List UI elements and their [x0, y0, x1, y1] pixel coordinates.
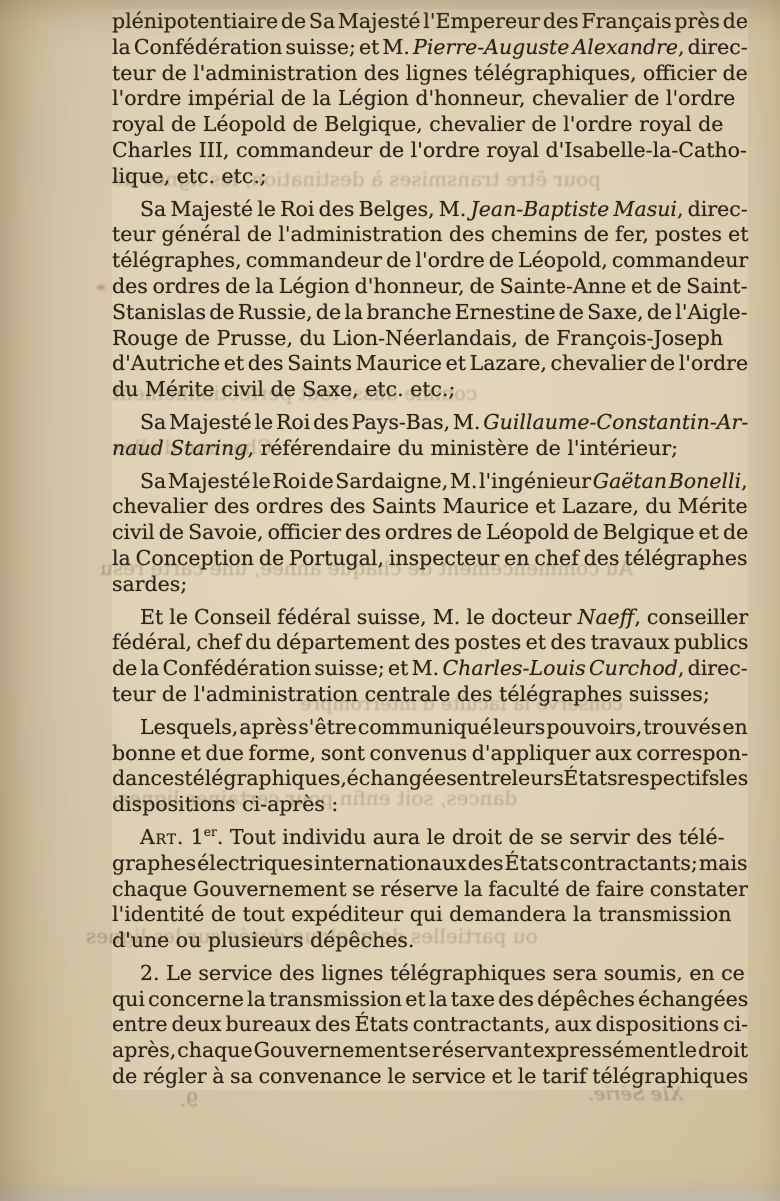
text-segment: , direc-	[677, 197, 748, 221]
text-segment: Charles-Louis Curchod	[442, 656, 677, 680]
text-segment: Lesquels, après s'être communiqué leurs …	[140, 715, 748, 739]
text-line: royal de Léopold de Belgique, chevalier …	[112, 112, 748, 138]
text-line: de la Confédération suisse; et M. Charle…	[112, 656, 748, 682]
text-line: Charles III, commandeur de l'ordre royal…	[112, 138, 748, 164]
text-segment: 1	[184, 825, 204, 849]
text-segment: teur de l'administration centrale des té…	[112, 682, 710, 706]
text-segment: des ordres de la Légion d'honneur, de Sa…	[112, 274, 748, 298]
text-segment: . Tout individu aura le droit de se serv…	[217, 825, 725, 849]
text-segment: Naeff	[578, 605, 635, 629]
text-line: dispositions ci-après :	[112, 792, 748, 818]
text-segment: chaque Gouvernement se réserve la facult…	[112, 877, 748, 901]
text-line: Sa Majesté le Roi des Belges, M. Jean-Ba…	[112, 197, 748, 223]
text-segment: Guillaume-Constantin-Ar-	[483, 410, 748, 434]
text-segment: er	[204, 825, 217, 839]
text-segment: , référendaire du ministère de l'intérie…	[247, 436, 678, 460]
document-text-block: plénipotentiaire de Sa Majesté l'Empereu…	[112, 9, 748, 1090]
text-segment: d'une ou plusieurs dépêches.	[112, 928, 414, 952]
text-line: entre deux bureaux des États contractant…	[112, 1012, 748, 1038]
page-bottom-edge	[0, 1188, 780, 1201]
text-segment: lique, etc. etc.;	[112, 164, 267, 188]
text-line: l'identité de tout expéditeur qui demand…	[112, 902, 748, 928]
text-segment: chevalier des ordres des Saints Maurice …	[112, 494, 748, 518]
text-line: Stanislas de Russie, de la branche Ernes…	[112, 300, 748, 326]
text-segment: teur général de l'administration des che…	[112, 222, 748, 246]
text-line: lique, etc. etc.;	[112, 164, 748, 190]
text-line: naud Staring, référendaire du ministère …	[112, 436, 748, 462]
text-segment: Et le Conseil fédéral suisse, M. le doct…	[140, 605, 578, 629]
text-segment: plénipotentiaire de Sa Majesté l'Empereu…	[112, 9, 748, 33]
text-segment: ,	[741, 469, 748, 493]
text-segment: la Confédération suisse; et M.	[112, 35, 413, 59]
text-line: la Confédération suisse; et M. Pierre-Au…	[112, 35, 748, 61]
text-segment: de la Confédération suisse; et M.	[112, 656, 442, 680]
text-line: Art. 1er. Tout individu aura le droit de…	[112, 825, 748, 851]
text-segment: bonne et due forme, sont convenus d'appl…	[112, 741, 748, 765]
paragraph: Et le Conseil fédéral suisse, M. le doct…	[112, 605, 748, 708]
text-line: du Mérite civil de Saxe, etc. etc.;	[112, 377, 748, 403]
text-line: Et le Conseil fédéral suisse, M. le doct…	[112, 605, 748, 631]
text-segment: l'identité de tout expéditeur qui demand…	[112, 902, 731, 926]
text-line: après, chaque Gouvernement se réservant …	[112, 1038, 748, 1064]
text-segment: naud Staring	[112, 436, 247, 460]
text-line: télégraphes, commandeur de l'ordre de Lé…	[112, 248, 748, 274]
text-segment: télégraphes, commandeur de l'ordre de Lé…	[112, 248, 748, 272]
text-segment: dispositions ci-après :	[112, 792, 338, 816]
paragraph: plénipotentiaire de Sa Majesté l'Empereu…	[112, 9, 748, 190]
scanned-book-page: pour être transmises à destination, les …	[0, 0, 780, 1201]
text-segment: d'Autriche et des Saints Maurice et Laza…	[112, 351, 748, 375]
text-line: sardes;	[112, 572, 748, 598]
text-segment: de régler à sa convenance le service et …	[112, 1064, 748, 1088]
text-line: dances télégraphiques, échangées entre l…	[112, 766, 748, 792]
text-line: chaque Gouvernement se réserve la facult…	[112, 877, 748, 903]
text-line: plénipotentiaire de Sa Majesté l'Empereu…	[112, 9, 748, 35]
text-line: de régler à sa convenance le service et …	[112, 1064, 748, 1090]
paragraph: Sa Majesté le Roi des Belges, M. Jean-Ba…	[112, 197, 748, 403]
text-segment: dances télégraphiques, échangées entre l…	[112, 766, 748, 790]
text-line: fédéral, chef du département des postes …	[112, 630, 748, 656]
text-line: graphes électriques internationaux des É…	[112, 851, 748, 877]
text-segment: Charles III, commandeur de l'ordre royal…	[112, 138, 747, 162]
text-line: Sa Majesté le Roi des Pays-Bas, M. Guill…	[112, 410, 748, 436]
text-segment: teur de l'administration des lignes télé…	[112, 61, 748, 85]
text-segment: graphes électriques internationaux des É…	[112, 851, 748, 875]
text-line: qui concerne la transmission et la taxe …	[112, 987, 748, 1013]
text-segment: qui concerne la transmission et la taxe …	[112, 987, 748, 1011]
text-segment: Gaëtan Bonelli	[593, 469, 741, 493]
text-segment: , direc-	[678, 35, 748, 59]
text-line: l'ordre impérial de la Légion d'honneur,…	[112, 86, 748, 112]
text-segment: entre deux bureaux des États contractant…	[112, 1012, 748, 1036]
paragraph: Sa Majesté le Roi des Pays-Bas, M. Guill…	[112, 410, 748, 462]
text-line: chevalier des ordres des Saints Maurice …	[112, 494, 748, 520]
text-segment: du Mérite civil de Saxe, etc. etc.;	[112, 377, 455, 401]
text-line: civil de Savoie, officier des ordres de …	[112, 520, 748, 546]
text-line: Rouge de Prusse, du Lion-Néerlandais, de…	[112, 326, 748, 352]
text-segment: , direc-	[678, 656, 748, 680]
text-line: teur général de l'administration des che…	[112, 222, 748, 248]
text-segment: Jean-Baptiste Masui	[471, 197, 677, 221]
bleed-through-text: 9.	[180, 1089, 198, 1111]
text-line: Sa Majesté le Roi de Sardaigne, M. l'ing…	[112, 469, 748, 495]
text-segment: l'ordre impérial de la Légion d'honneur,…	[112, 86, 735, 110]
text-segment: la Conception de Portugal, inspecteur en…	[112, 546, 748, 570]
text-line: la Conception de Portugal, inspecteur en…	[112, 546, 748, 572]
text-line: d'une ou plusieurs dépêches.	[112, 928, 748, 954]
text-segment: royal de Léopold de Belgique, chevalier …	[112, 112, 723, 136]
text-line: d'Autriche et des Saints Maurice et Laza…	[112, 351, 748, 377]
text-line: teur de l'administration des lignes télé…	[112, 61, 748, 87]
text-segment: Rouge de Prusse, du Lion-Néerlandais, de…	[112, 326, 723, 350]
text-segment: après, chaque Gouvernement se réservant …	[112, 1038, 748, 1062]
text-segment: Stanislas de Russie, de la branche Ernes…	[112, 300, 748, 324]
text-line: bonne et due forme, sont convenus d'appl…	[112, 741, 748, 767]
text-line: des ordres de la Légion d'honneur, de Sa…	[112, 274, 748, 300]
paragraph: Lesquels, après s'être communiqué leurs …	[112, 715, 748, 818]
paper-stain	[95, 283, 107, 292]
text-line: teur de l'administration centrale des té…	[112, 682, 748, 708]
text-segment: Sa Majesté le Roi de Sardaigne, M. l'ing…	[140, 469, 593, 493]
text-segment: , conseiller	[634, 605, 748, 629]
paragraph: 2. Le service des lignes télégraphiques …	[112, 961, 748, 1090]
text-segment: Sa Majesté le Roi des Belges, M.	[140, 197, 471, 221]
text-segment: 2. Le service des lignes télégraphiques …	[140, 961, 745, 985]
paragraph: Sa Majesté le Roi de Sardaigne, M. l'ing…	[112, 469, 748, 598]
text-segment: sardes;	[112, 572, 187, 596]
text-line: 2. Le service des lignes télégraphiques …	[112, 961, 748, 987]
text-segment: Art.	[140, 825, 184, 849]
text-line: Lesquels, après s'être communiqué leurs …	[112, 715, 748, 741]
text-segment: Sa Majesté le Roi des Pays-Bas, M.	[140, 410, 483, 434]
text-segment: Pierre-Auguste Alexandre	[413, 35, 678, 59]
text-segment: civil de Savoie, officier des ordres de …	[112, 520, 748, 544]
paragraph: Art. 1er. Tout individu aura le droit de…	[112, 825, 748, 954]
text-segment: fédéral, chef du département des postes …	[112, 630, 748, 654]
